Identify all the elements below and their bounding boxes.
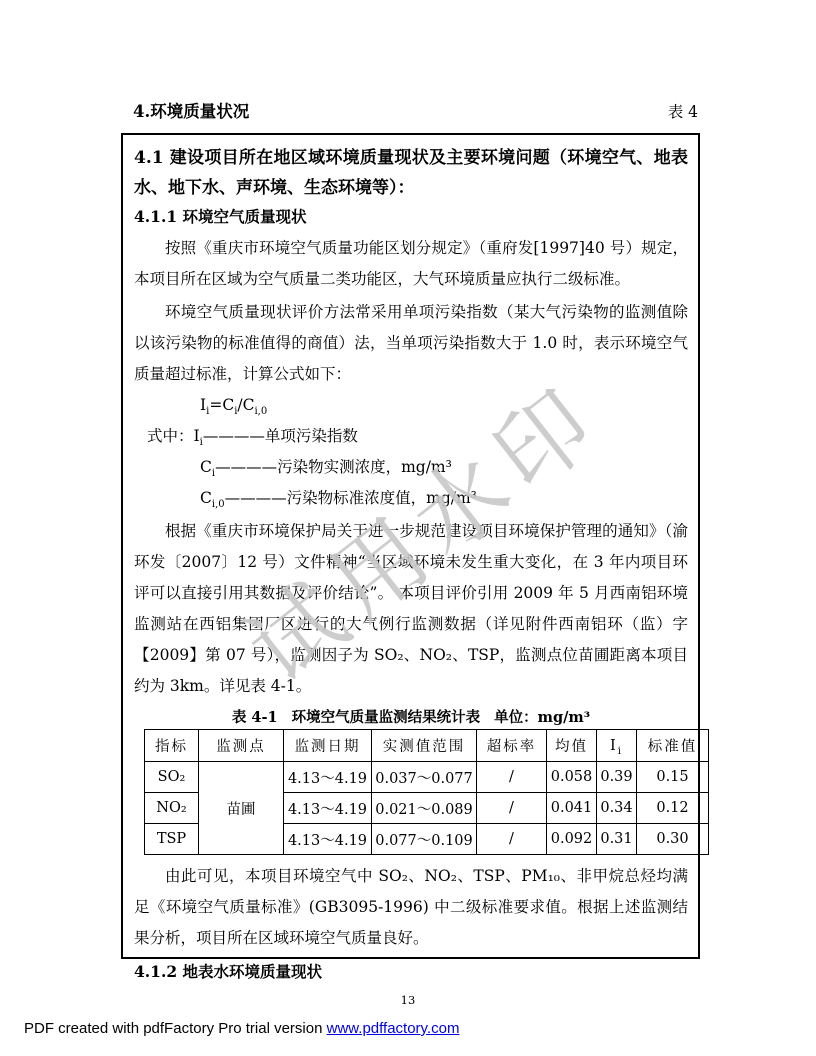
formula-definition-2: Ci————污染物实测浓度，mg/m³: [200, 452, 688, 483]
cell-date: 4.13～4.19: [284, 824, 372, 855]
paragraph-functional-zone: 按照《重庆市环境空气质量功能区划分规定》（重府发[1997]40 号）规定，本项…: [134, 233, 688, 295]
pdf-creation-notice: PDF created with pdfFactory Pro trial ve…: [24, 1020, 459, 1037]
col-header-mean: 均值: [547, 730, 597, 762]
pdffactory-link[interactable]: www.pdffactory.com: [327, 1020, 460, 1037]
cell-range: 0.037～0.077: [372, 762, 477, 793]
heading-4-1: 4.1 建设项目所在地区域环境质量现状及主要环境问题（环境空气、地表水、地下水、…: [134, 143, 688, 203]
definition-text: 污染物实测浓度，mg/m³: [277, 458, 452, 476]
table-caption-unit: mg/m³: [538, 709, 590, 726]
dash: ————: [203, 427, 265, 445]
cell-mean: 0.041: [547, 793, 597, 824]
document-header: 4.环境质量状况 表 4: [133, 98, 698, 122]
definition-text: 污染物标准浓度值，mg/m³: [287, 489, 477, 507]
cell-range: 0.077～0.109: [372, 824, 477, 855]
symbol-ci: Ci: [200, 458, 215, 476]
dash: ————: [215, 458, 277, 476]
air-quality-table: 指标 监测点 监测日期 实测值范围 超标率 均值 Ii 标准值 SO₂ 苗圃 4…: [144, 729, 709, 855]
where-label: 式中：: [147, 427, 194, 445]
formula-definition-3: Ci,0————污染物标准浓度值，mg/m³: [200, 483, 688, 514]
cell-exceed: /: [477, 824, 547, 855]
document-page: 4.环境质量状况 表 4 4.1 建设项目所在地区域环境质量现状及主要环境问题（…: [0, 0, 816, 1056]
heading-4-1-1: 4.1.1 环境空气质量现状: [134, 203, 688, 231]
table-caption-unit-label: 单位：: [494, 709, 538, 726]
paragraph-conclusion: 由此可见，本项目环境空气中 SO₂、NO₂、TSP、PM₁₀、非甲烷总烃均满足《…: [134, 861, 688, 954]
table-header-row: 指标 监测点 监测日期 实测值范围 超标率 均值 Ii 标准值: [145, 730, 709, 762]
symbol-ci0: Ci,0: [200, 489, 225, 507]
cell-indicator: NO₂: [145, 793, 199, 824]
cell-mean: 0.058: [547, 762, 597, 793]
col-header-indicator: 指标: [145, 730, 199, 762]
cell-date: 4.13～4.19: [284, 793, 372, 824]
table-caption-number: 表 4-1: [232, 709, 278, 726]
col-header-ii: Ii: [597, 730, 637, 762]
content-box: 4.1 建设项目所在地区域环境质量现状及主要环境问题（环境空气、地表水、地下水、…: [121, 133, 700, 959]
cell-ii: 0.34: [597, 793, 637, 824]
cell-ii: 0.39: [597, 762, 637, 793]
pollution-index-formula: Ii=Ci/Ci,0: [200, 390, 688, 421]
form-table-ref: 表 4: [668, 100, 698, 122]
table-row: SO₂ 苗圃 4.13～4.19 0.037～0.077 / 0.058 0.3…: [145, 762, 709, 793]
table-caption-title: 环境空气质量监测结果统计表: [292, 709, 481, 726]
cell-mean: 0.092: [547, 824, 597, 855]
cell-indicator: SO₂: [145, 762, 199, 793]
pdf-notice-text: PDF created with pdfFactory Pro trial ve…: [24, 1020, 327, 1037]
symbol-ii: Ii: [194, 427, 203, 445]
cell-standard: 0.12: [637, 793, 709, 824]
cell-standard: 0.15: [637, 762, 709, 793]
cell-range: 0.021～0.089: [372, 793, 477, 824]
cell-standard: 0.30: [637, 824, 709, 855]
page-number: 13: [0, 993, 816, 1007]
col-header-date: 监测日期: [284, 730, 372, 762]
paragraph-index-method: 环境空气质量现状评价方法常采用单项污染指数（某大气污染物的监测值除以该污染物的标…: [134, 297, 688, 390]
cell-date: 4.13～4.19: [284, 762, 372, 793]
col-header-monitor-point: 监测点: [199, 730, 284, 762]
cell-exceed: /: [477, 793, 547, 824]
col-header-standard: 标准值: [637, 730, 709, 762]
heading-4-1-2: 4.1.2 地表水环境质量现状: [134, 958, 688, 986]
paragraph-monitoring-source: 根据《重庆市环境保护局关于进一步规范建设项目环境保护管理的通知》（渝环发〔200…: [134, 516, 688, 702]
section-title: 4.环境质量状况: [133, 98, 249, 122]
table-caption: 表 4-1环境空气质量监测结果统计表单位：mg/m³: [134, 706, 688, 727]
definition-text: 单项污染指数: [265, 427, 358, 445]
col-header-exceed-rate: 超标率: [477, 730, 547, 762]
cell-ii: 0.31: [597, 824, 637, 855]
cell-exceed: /: [477, 762, 547, 793]
dash: ————: [225, 489, 287, 507]
col-header-range: 实测值范围: [372, 730, 477, 762]
cell-indicator: TSP: [145, 824, 199, 855]
formula-definition-1: 式中：Ii————单项污染指数: [147, 421, 688, 452]
cell-monitor-point: 苗圃: [199, 762, 284, 855]
